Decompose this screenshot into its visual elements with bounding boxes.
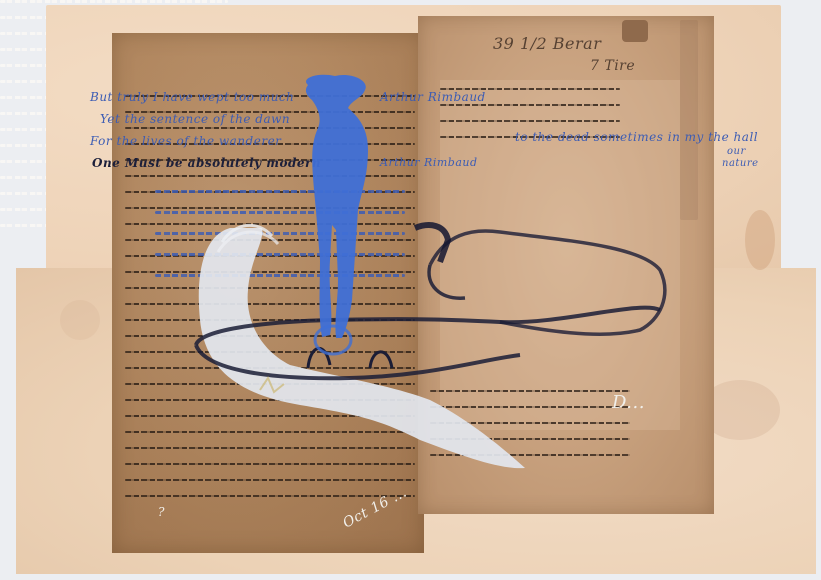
white-curved-shape: [199, 228, 525, 468]
dark-vessel-outline: [196, 308, 660, 345]
painted-figures: [0, 0, 821, 580]
blue-figure-silhouette: [306, 75, 368, 338]
white-signature-right: D...: [612, 392, 645, 413]
white-mark-bottom-left: ?: [158, 505, 165, 519]
